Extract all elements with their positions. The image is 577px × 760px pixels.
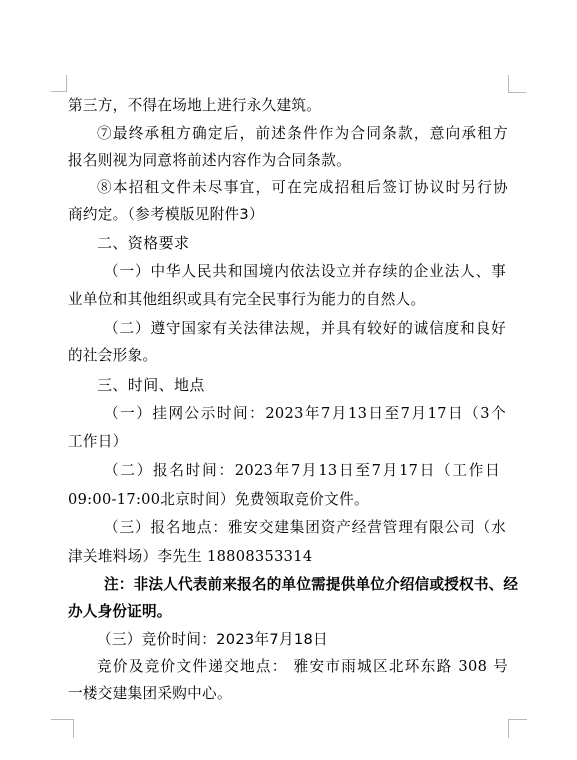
paragraph-publicity-time: （一）挂网公示时间：2023年7月13日至7月17日（3个: [104, 404, 506, 424]
paragraph-line: 一楼交建集团采购中心。: [68, 684, 508, 704]
paragraph-line: 09:00-17:00北京时间）免费领取竞价文件。: [68, 490, 508, 510]
paragraph-bidding-location: 竞价及竞价文件递交地点： 雅安市雨城区北环东路 308 号: [97, 657, 508, 677]
note-bold-continued: 办人身份证明。: [68, 602, 508, 622]
section-heading-time-location: 三、时间、地点: [97, 375, 537, 395]
paragraph-contact: 津关堆料场）李先生 18808353314: [68, 547, 508, 567]
paragraph-line: 商约定。（参考模版见附件3）: [68, 205, 508, 225]
paragraph-registration-time: （二）报名时间：2023年7月13日至7月17日（工作日: [104, 461, 500, 481]
page-corner-mark-bottom-left: [51, 719, 74, 738]
paragraph-item-8: ⑧本招租文件未尽事宜，可在完成招租后签订协议时另行协: [97, 178, 508, 198]
paragraph-registration-location: （三）报名地点：雅安交建集团资产经营管理有限公司（水: [104, 518, 506, 538]
paragraph-line: 的社会形象。: [68, 346, 508, 366]
section-heading-qualifications: 二、资格要求: [97, 233, 537, 253]
paragraph-qualification-1: （一）中华人民共和国境内依法设立并存续的企业法人、事: [104, 262, 506, 282]
page-corner-mark-bottom-right: [508, 719, 527, 738]
paragraph-line: 工作日）: [68, 432, 508, 452]
attachment-reference: （参考模版见附件3）: [128, 206, 264, 223]
paragraph-line: 报名则视为同意将前述内容作为合同条款。: [68, 151, 508, 171]
paragraph-line: 业单位和其他组织或具有完全民事行为能力的自然人。: [68, 290, 508, 310]
page-corner-mark-top-right: [508, 75, 526, 93]
paragraph-bidding-time: （三）竞价时间：2023年7月18日: [97, 630, 537, 650]
paragraph-qualification-2: （二）遵守国家有关法律法规，并具有较好的诚信度和良好: [104, 319, 506, 339]
note-bold: 注：非法人代表前来报名的单位需提供单位介绍信或授权书、经: [104, 575, 506, 595]
paragraph-line: 第三方，不得在场地上进行永久建筑。: [68, 96, 508, 116]
paragraph-item-7: ⑦最终承租方确定后，前述条件作为合同条款，意向承租方: [97, 124, 508, 144]
document-page: 第三方，不得在场地上进行永久建筑。 ⑦最终承租方确定后，前述条件作为合同条款，意…: [0, 0, 577, 760]
paragraph-text: 商约定。: [68, 206, 128, 223]
page-corner-mark-top-left: [51, 75, 67, 92]
